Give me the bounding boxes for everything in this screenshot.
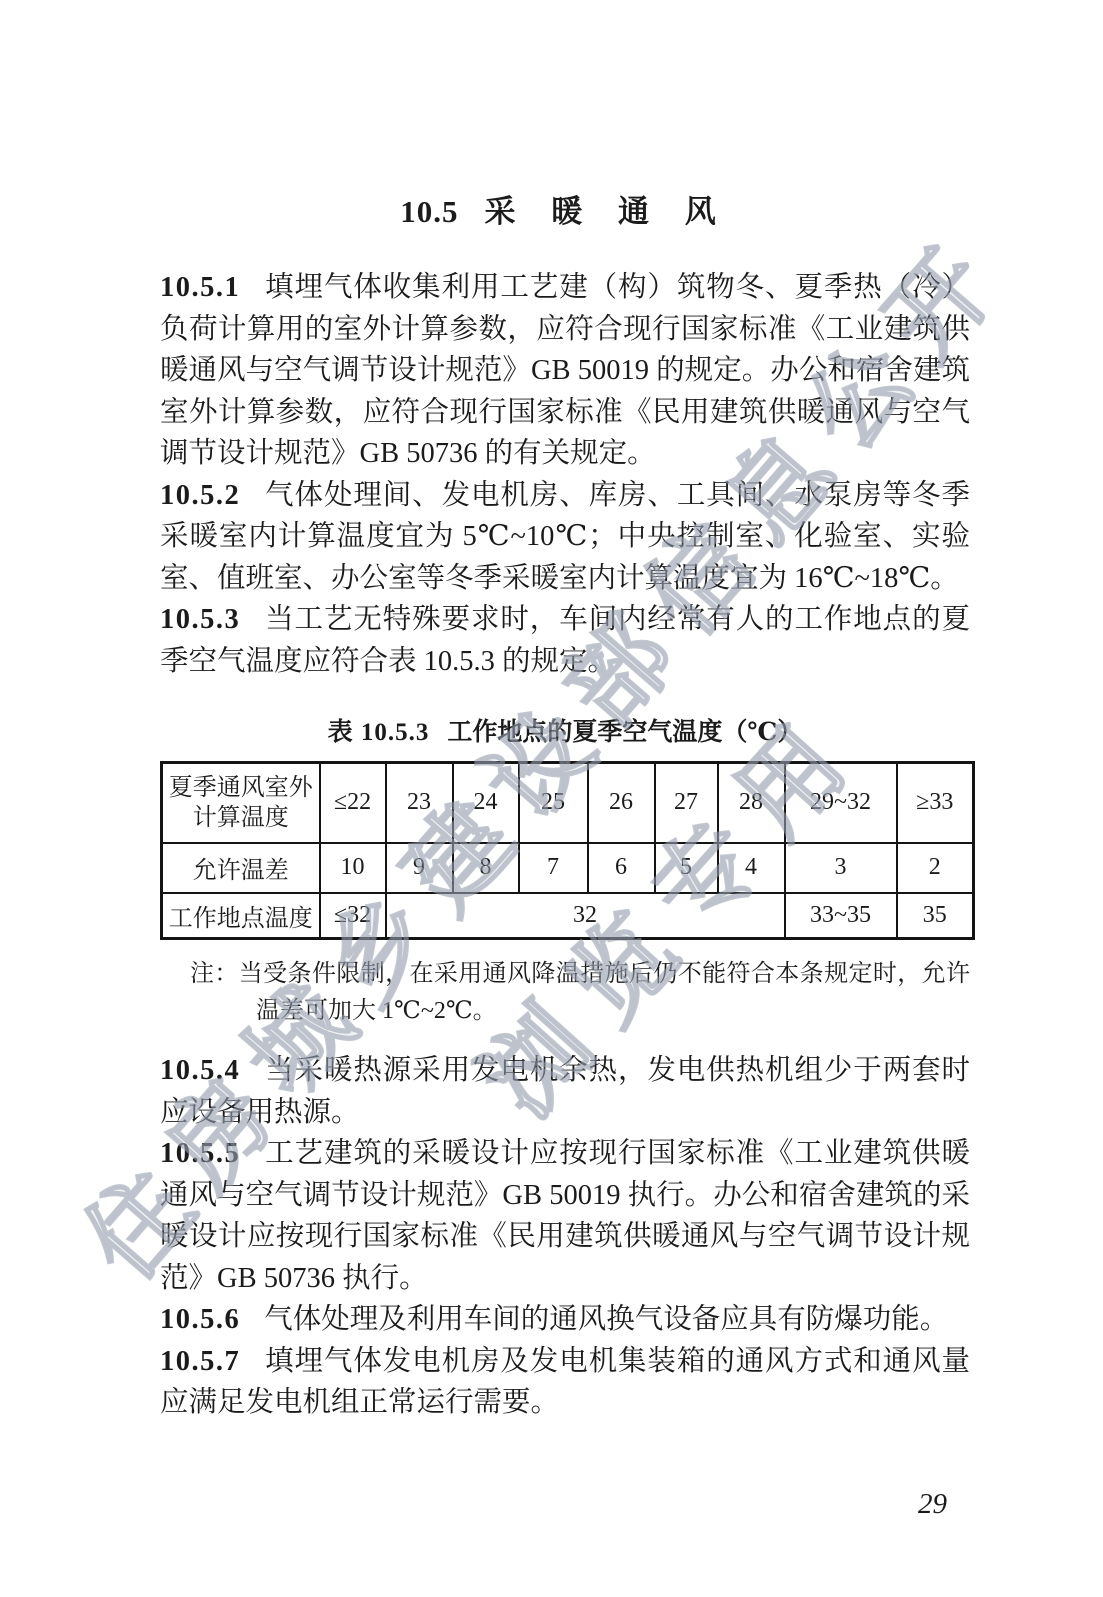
section-number: 10.5 (400, 194, 458, 229)
clause-10-5-5: 10.5.5工艺建筑的采暖设计应按现行国家标准《工业建筑供暖通风与空气调节设计规… (160, 1133, 970, 1299)
table-cell-merged: 32 (386, 893, 785, 939)
table-cell: 6 (588, 843, 655, 893)
clause-text: 工艺建筑的采暖设计应按现行国家标准《工业建筑供暖通风与空气调节设计规范》GB 5… (160, 1138, 970, 1294)
table-cell: 25 (519, 763, 588, 843)
table-cell: 10 (320, 843, 386, 893)
clause-text: 当采暖热源采用发电机余热，发电供热机组少于两套时应设备用热源。 (160, 1055, 970, 1128)
clause-text: 气体处理及利用车间的通风换气设备应具有防爆功能。 (264, 1304, 948, 1335)
row-label-cell: 夏季通风室外 计算温度 (162, 763, 320, 843)
table-cell: 5 (655, 843, 718, 893)
row-label-line1: 夏季通风室外 (163, 773, 319, 803)
note-label: 注： (190, 961, 239, 987)
table-cell: 27 (655, 763, 718, 843)
table-cell: ≤32 (320, 893, 386, 939)
clauses-after-table: 10.5.4当采暖热源采用发电机余热，发电供热机组少于两套时应设备用热源。 10… (160, 1050, 970, 1424)
table-row-outdoor-temp: 夏季通风室外 计算温度 ≤22 23 24 25 26 27 28 29~32 … (162, 763, 974, 843)
table-cell: 23 (386, 763, 453, 843)
table-cell: 35 (897, 893, 974, 939)
row-label-cell: 工作地点温度 (162, 893, 320, 939)
clause-10-5-3: 10.5.3当工艺无特殊要求时，车间内经常有人的工作地点的夏季空气温度应符合表 … (160, 599, 970, 682)
clause-text: 填埋气体发电机房及发电机集装箱的通风方式和通风量应满足发电机组正常运行需要。 (160, 1346, 970, 1419)
table-cell: 9 (386, 843, 453, 893)
table-row-allowed-difference: 允许温差 10 9 8 7 6 5 4 3 2 (162, 843, 974, 893)
table-cell: ≤22 (320, 763, 386, 843)
clause-10-5-7: 10.5.7填埋气体发电机房及发电机集装箱的通风方式和通风量应满足发电机组正常运… (160, 1341, 970, 1424)
table-cell: 26 (588, 763, 655, 843)
clauses-before-table: 10.5.1填埋气体收集利用工艺建（构）筑物冬、夏季热（冷）负荷计算用的室外计算… (160, 267, 970, 682)
clause-10-5-2: 10.5.2气体处理间、发电机房、库房、工具间、水泵房等冬季采暖室内计算温度宜为… (160, 475, 970, 600)
clause-10-5-6: 10.5.6气体处理及利用车间的通风换气设备应具有防爆功能。 (160, 1299, 970, 1341)
clause-number: 10.5.7 (160, 1346, 240, 1377)
clause-number: 10.5.1 (160, 272, 240, 303)
table-caption-number: 表 10.5.3 (328, 719, 430, 746)
clause-text: 当工艺无特殊要求时，车间内经常有人的工作地点的夏季空气温度应符合表 10.5.3… (160, 604, 970, 677)
text-column: 10.5采 暖 通 风 10.5.1填埋气体收集利用工艺建（构）筑物冬、夏季热（… (160, 186, 970, 1424)
table-cell: 24 (453, 763, 519, 843)
clause-number: 10.5.5 (160, 1138, 240, 1169)
row-label-cell: 允许温差 (162, 843, 320, 893)
table-row-workplace-temp: 工作地点温度 ≤32 32 33~35 35 (162, 893, 974, 939)
clause-10-5-4: 10.5.4当采暖热源采用发电机余热，发电供热机组少于两套时应设备用热源。 (160, 1050, 970, 1133)
section-title-text: 采 暖 通 风 (485, 194, 730, 229)
clause-text: 气体处理间、发电机房、库房、工具间、水泵房等冬季采暖室内计算温度宜为 5℃~10… (160, 480, 970, 594)
page-number: 29 (918, 1488, 947, 1521)
table-cell: 7 (519, 843, 588, 893)
table-cell: 4 (718, 843, 785, 893)
clause-number: 10.5.3 (160, 604, 240, 635)
table-cell: 28 (718, 763, 785, 843)
section-heading: 10.5采 暖 通 风 (160, 186, 970, 231)
clause-text: 填埋气体收集利用工艺建（构）筑物冬、夏季热（冷）负荷计算用的室外计算参数，应符合… (160, 272, 970, 469)
table-caption-text: 工作地点的夏季空气温度（℃） (447, 719, 802, 746)
note-text: 当受条件限制，在采用通风降温措施后仍不能符合本条规定时，允许温差可加大 1℃~2… (239, 961, 970, 1024)
table-cell: 2 (897, 843, 974, 893)
table-caption: 表 10.5.3工作地点的夏季空气温度（℃） (160, 712, 970, 748)
table-cell: 8 (453, 843, 519, 893)
clause-10-5-1: 10.5.1填埋气体收集利用工艺建（构）筑物冬、夏季热（冷）负荷计算用的室外计算… (160, 267, 970, 475)
table-note: 注：当受条件限制，在采用通风降温措施后仍不能符合本条规定时，允许温差可加大 1℃… (160, 956, 970, 1030)
clause-number: 10.5.4 (160, 1055, 240, 1086)
table-cell: 3 (785, 843, 897, 893)
clause-number: 10.5.2 (160, 480, 240, 511)
clause-number: 10.5.6 (160, 1304, 240, 1335)
row-label-line2: 计算温度 (163, 803, 319, 833)
table-cell: ≥33 (897, 763, 974, 843)
table-cell: 29~32 (785, 763, 897, 843)
document-page: 住房城乡建设部信息公开 浏览专用 10.5采 暖 通 风 10.5.1填埋气体收… (0, 0, 1103, 1597)
summer-air-temperature-table: 夏季通风室外 计算温度 ≤22 23 24 25 26 27 28 29~32 … (160, 761, 975, 940)
table-cell: 33~35 (785, 893, 897, 939)
